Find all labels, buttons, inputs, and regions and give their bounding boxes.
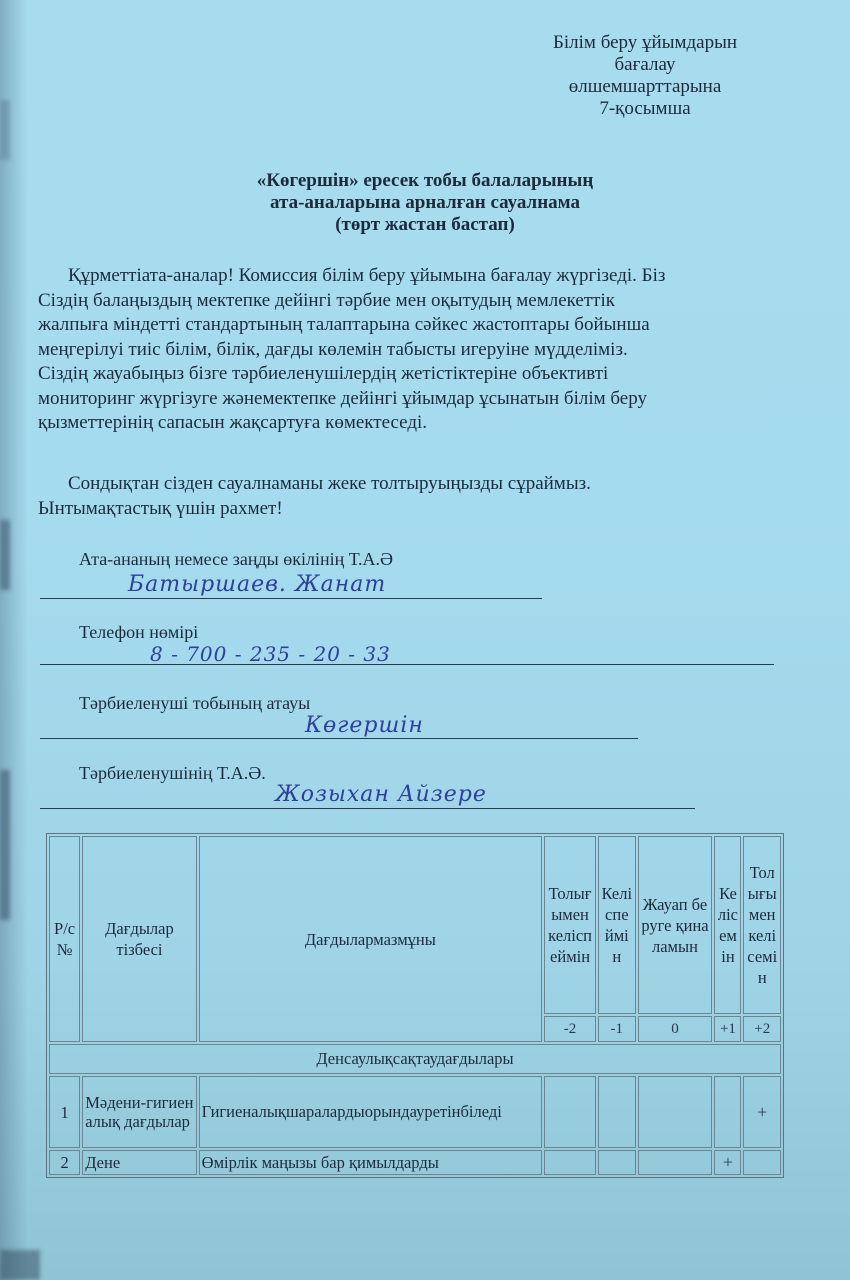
intro-line: жалпыға міндетті стандартының талаптарын… xyxy=(38,313,798,338)
group-name-label: Тәрбиеленуші тобының атауы xyxy=(79,693,310,714)
row-mark-cell[interactable] xyxy=(544,1150,596,1175)
phone-label: Телефон нөмірі xyxy=(79,622,198,643)
phone-value[interactable]: 8 - 700 - 235 - 20 - 33 xyxy=(150,642,391,666)
page-edge-shadow xyxy=(0,0,28,1280)
intro-line: Сіздің жауабыңыз бізге тәрбиеленушілерді… xyxy=(38,362,798,387)
row-content: Өмірлік маңызы бар қимылдарды xyxy=(199,1150,542,1175)
row-mark-cell[interactable] xyxy=(743,1150,781,1175)
scan-artifact xyxy=(0,100,10,160)
parent-name-label: Ата-ананың немесе заңды өкілінің Т.А.Ә xyxy=(79,549,393,570)
row-mark-cell[interactable] xyxy=(638,1150,713,1175)
child-name-value[interactable]: Жозыхан Айзере xyxy=(275,782,487,807)
section-title: Денсаулықсақтаудағдылары xyxy=(49,1044,781,1074)
title-line: «Көгершін» ересек тобы балаларының xyxy=(150,170,700,192)
title-line: ата-аналарына арналған сауалнама xyxy=(150,192,700,214)
intro-line: Құрметтіата-аналар! Комиссия білім беру … xyxy=(38,264,798,289)
closing-line: Сондықтан сізден сауалнаманы жеке толтыр… xyxy=(38,472,798,497)
header-skill-content: Дағдылармазмұны xyxy=(199,836,542,1042)
scale-value: -1 xyxy=(598,1016,635,1042)
row-mark-cell[interactable] xyxy=(598,1076,635,1148)
header-scale-strongly-agree: Толығымен келісемін xyxy=(743,836,781,1014)
group-name-line xyxy=(40,738,638,739)
annex-line: 7-қосымша xyxy=(520,98,770,120)
closing-paragraph: Сондықтан сізден сауалнаманы жеке толтыр… xyxy=(38,472,798,521)
annex-note: Білім беру ұйымдарын бағалау өлшемшартта… xyxy=(520,32,770,120)
row-mark-cell[interactable]: + xyxy=(714,1150,741,1175)
annex-line: өлшемшарттарына xyxy=(520,76,770,98)
parent-name-value[interactable]: Батыршаев. Жанат xyxy=(128,572,386,597)
annex-line: бағалау xyxy=(520,54,770,76)
row-mark-cell[interactable]: + xyxy=(743,1076,781,1148)
row-mark-cell[interactable] xyxy=(598,1150,635,1175)
intro-line: Сіздің балаңыздың мектепке дейінгі тәрби… xyxy=(38,289,798,314)
title-line: (төрт жастан бастап) xyxy=(150,214,700,236)
row-mark-cell[interactable] xyxy=(544,1076,596,1148)
document-title: «Көгершін» ересек тобы балаларының ата-а… xyxy=(150,170,700,236)
parent-name-line xyxy=(40,598,542,599)
row-content: Гигиеналықшаралардыорындауретінбіледі xyxy=(199,1076,542,1148)
intro-line: мониторинг жүргізуге жәнемектепке дейінг… xyxy=(38,387,798,412)
table-row: 1 Мәдени-гигиеналық дағдылар Гигиеналықш… xyxy=(49,1076,781,1148)
intro-line: қызметтерінің сапасын жақсартуға көмекте… xyxy=(38,411,798,436)
intro-line: меңгерілуі тиіс білім, білік, дағды көле… xyxy=(38,338,798,363)
scan-artifact xyxy=(0,770,10,920)
scan-artifact xyxy=(0,520,10,590)
skills-table: Р/с № Дағдылар тізбесі Дағдылармазмұны Т… xyxy=(46,833,784,1178)
header-scale-strongly-disagree: Толығымен келіспеймін xyxy=(544,836,596,1014)
row-num: 1 xyxy=(49,1076,80,1148)
group-name-value[interactable]: Көгершін xyxy=(305,713,424,738)
child-name-line xyxy=(40,808,695,809)
phone-line xyxy=(40,664,774,665)
row-skill: Дене xyxy=(82,1150,196,1175)
scale-value: 0 xyxy=(638,1016,713,1042)
annex-line: Білім беру ұйымдарын xyxy=(520,32,770,54)
row-skill: Мәдени-гигиеналық дағдылар xyxy=(82,1076,196,1148)
scale-value: -2 xyxy=(544,1016,596,1042)
child-name-label: Тәрбиеленушінің Т.А.Ә. xyxy=(79,763,266,784)
header-num: Р/с № xyxy=(49,836,80,1042)
row-num: 2 xyxy=(49,1150,80,1175)
scan-artifact xyxy=(0,1250,40,1280)
scale-value: +1 xyxy=(714,1016,741,1042)
header-scale-agree: Келісемін xyxy=(714,836,741,1014)
scale-value: +2 xyxy=(743,1016,781,1042)
intro-paragraph: Құрметтіата-аналар! Комиссия білім беру … xyxy=(38,264,798,436)
row-mark-cell[interactable] xyxy=(638,1076,713,1148)
header-scale-unsure: Жауап беруге қиналамын xyxy=(638,836,713,1014)
table-row: 2 Дене Өмірлік маңызы бар қимылдарды + xyxy=(49,1150,781,1175)
header-scale-disagree: Келіспеймін xyxy=(598,836,635,1014)
header-skill-list: Дағдылар тізбесі xyxy=(82,836,196,1042)
closing-line: Ынтымақтастық үшін рахмет! xyxy=(38,497,798,522)
row-mark-cell[interactable] xyxy=(714,1076,741,1148)
